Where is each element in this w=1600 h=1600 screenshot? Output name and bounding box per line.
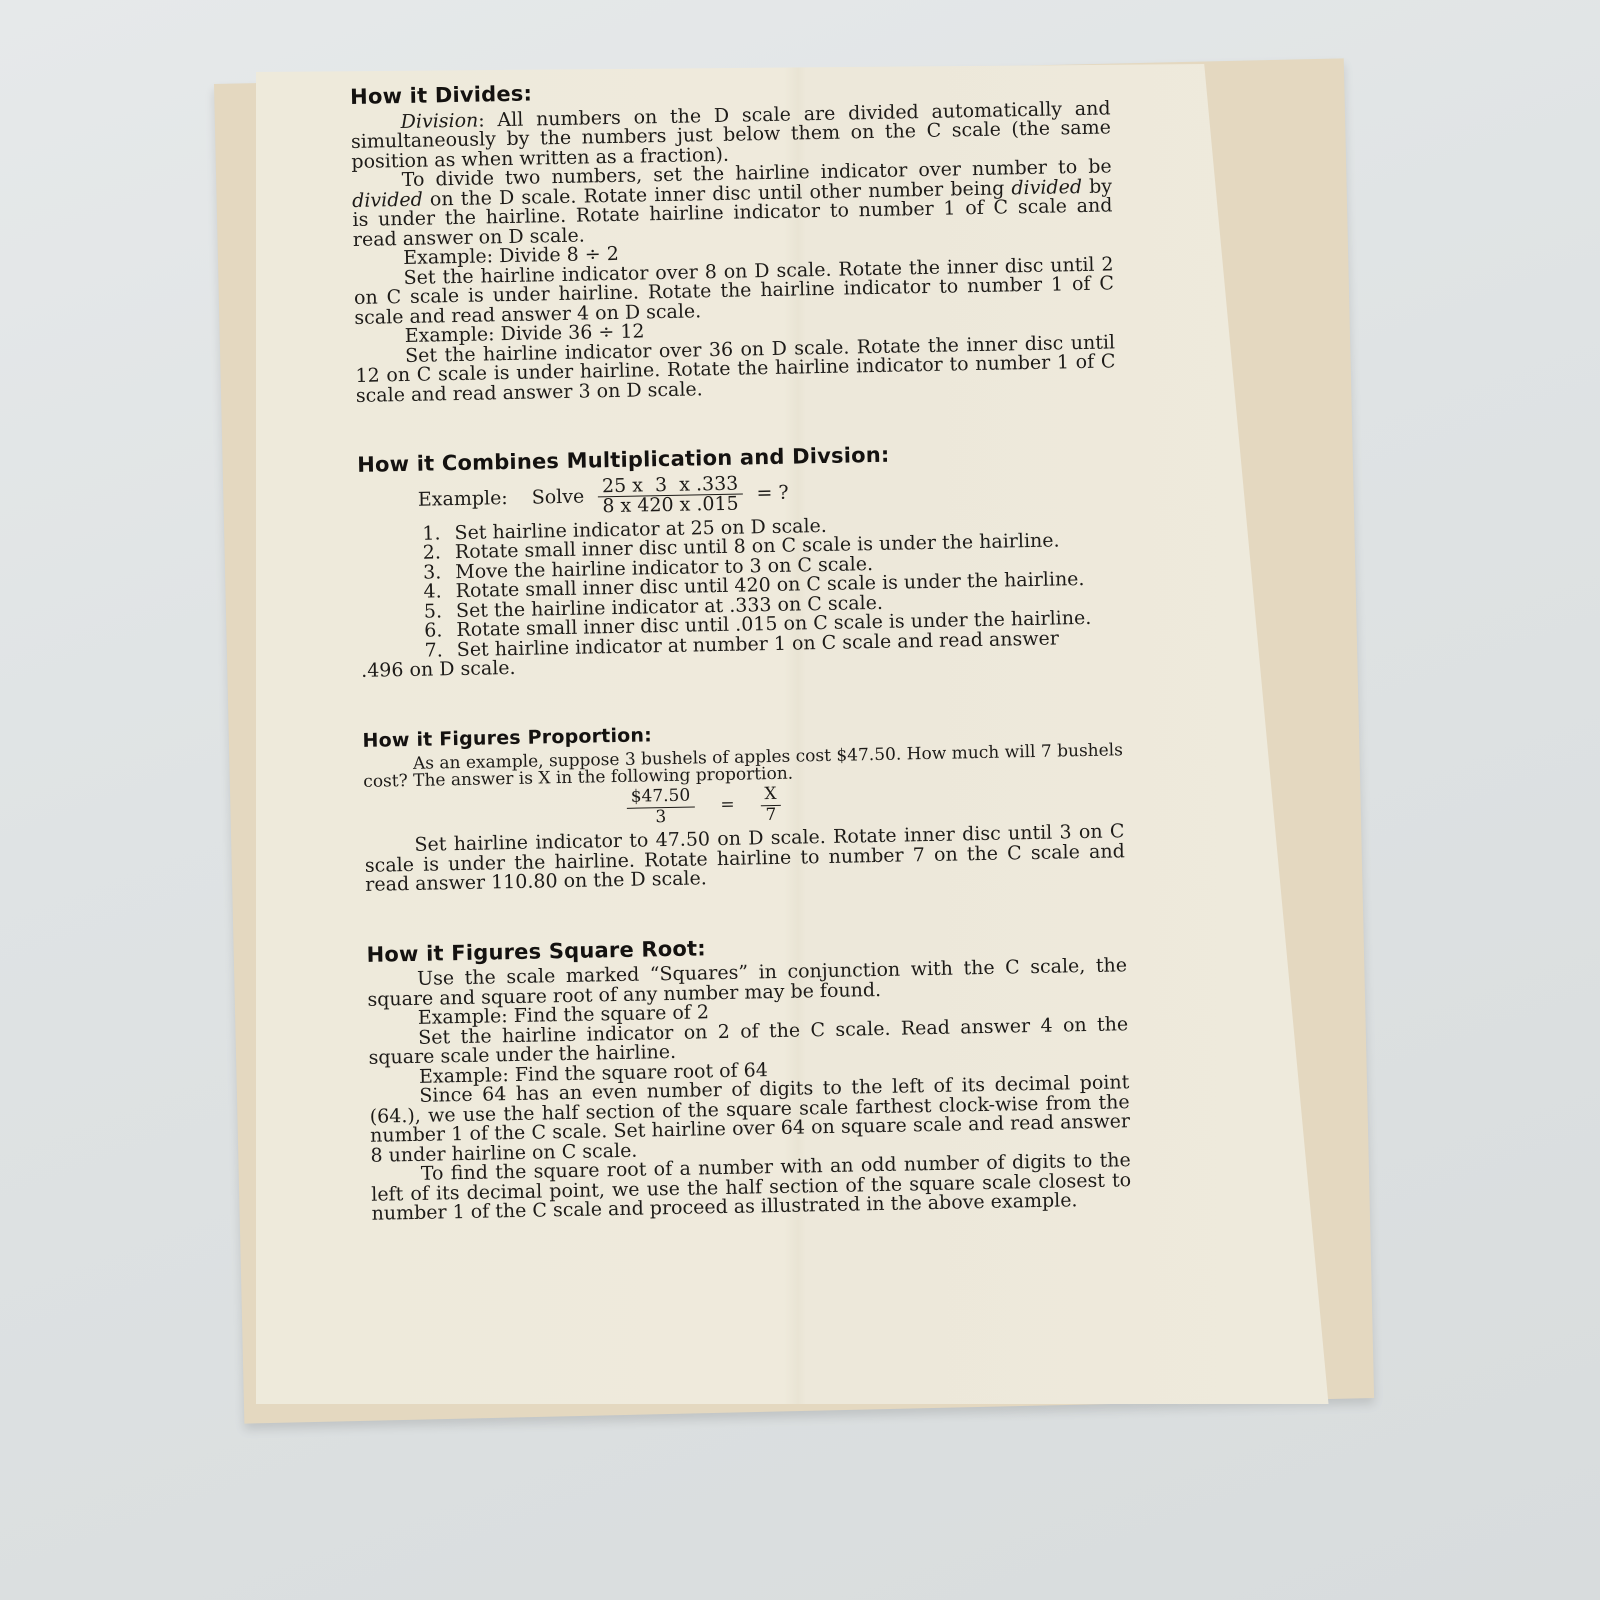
instruction-text: How it Divides: Division: All numbers on… — [350, 73, 1132, 1224]
fraction: 25 x 3 x .333 8 x 420 x .015 — [598, 474, 743, 517]
steps-list: Set hairline indicator at 25 on D scale.… — [358, 511, 1120, 662]
denominator: 7 — [761, 805, 780, 825]
solve-label: Solve — [532, 487, 585, 508]
equals-sign: = — [720, 796, 735, 816]
numerator: $47.50 — [627, 787, 695, 809]
divide-instructions: To divide two numbers, set the hairline … — [352, 157, 1113, 250]
numerator: X — [760, 785, 780, 806]
section-square-root: How it Figures Square Root: Use the scal… — [366, 931, 1131, 1225]
example-label: Example: — [418, 489, 508, 510]
section-divides: How it Divides: Division: All numbers on… — [350, 73, 1116, 406]
denominator: 3 — [651, 807, 670, 827]
fraction-right: X 7 — [760, 785, 781, 825]
denominator: 8 x 420 x .015 — [598, 495, 743, 517]
section-proportion: How it Figures Proportion: As an example… — [362, 717, 1125, 896]
fraction-left: $47.50 3 — [627, 787, 695, 828]
equals-sign: = ? — [756, 483, 789, 503]
section-combines: How it Combines Multiplication and Divsi… — [357, 441, 1121, 681]
